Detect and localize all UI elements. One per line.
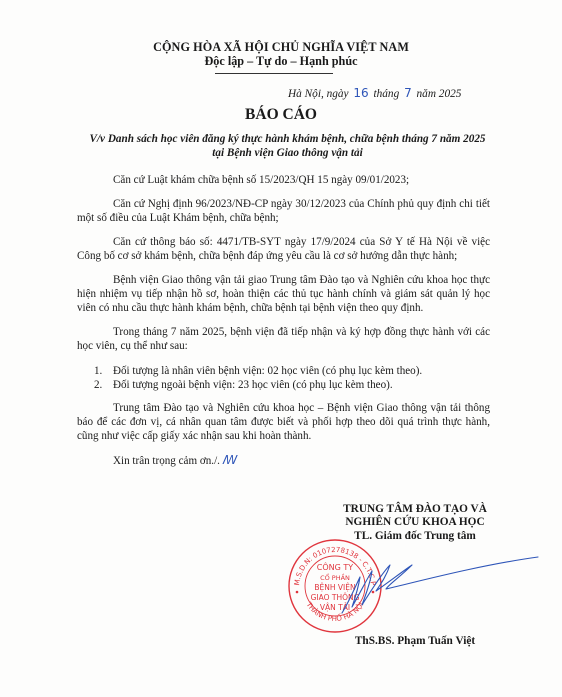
list-text: Đối tượng là nhân viên bệnh viện: 02 học… <box>113 364 422 378</box>
list-number: 2. <box>94 378 113 392</box>
dateline: Hà Nội, ngày 16 tháng 7 năm 2025 <box>288 86 461 100</box>
paragraph-legal-basis-3: Căn cứ thông báo số: 4471/TB-SYT ngày 17… <box>77 235 490 263</box>
student-category-list: 1. Đối tượng là nhân viên bệnh viện: 02 … <box>94 364 494 392</box>
paragraph-closing: Trung tâm Đào tạo và Nghiên cứu khoa học… <box>77 401 490 443</box>
motto-underline <box>215 73 333 74</box>
paragraph-assignment: Bệnh viện Giao thông vận tải giao Trung … <box>77 273 490 315</box>
dateline-prefix: Hà Nội, ngày <box>288 88 349 100</box>
paragraph-intake-summary: Trong tháng 7 năm 2025, bệnh viện đã tiế… <box>77 325 490 353</box>
handwritten-day: 16 <box>353 86 368 100</box>
national-motto: Độc lập – Tự do – Hạnh phúc <box>0 54 562 69</box>
list-text: Đối tượng ngoài bệnh viện: 23 học viên (… <box>113 378 393 392</box>
thanks-text: Xin trân trọng cảm ơn./. <box>113 455 220 467</box>
document-title: BÁO CÁO <box>0 106 562 124</box>
list-item: 2. Đối tượng ngoài bệnh viện: 23 học viê… <box>94 378 494 392</box>
signature-role: TL. Giám đốc Trung tâm <box>300 530 530 543</box>
dateline-year: năm 2025 <box>417 88 462 100</box>
list-number: 1. <box>94 364 113 378</box>
thanks-line: Xin trân trọng cảm ơn./.ꟿ <box>113 453 237 467</box>
handwritten-month: 7 <box>404 86 412 100</box>
dateline-month-label: tháng <box>374 88 400 100</box>
signer-name: ThS.BS. Phạm Tuấn Việt <box>300 635 530 648</box>
paragraph-legal-basis-1: Căn cứ Luật khám chữa bệnh số 15/2023/QH… <box>77 173 490 187</box>
national-title: CỘNG HÒA XÃ HỘI CHỦ NGHĨA VIỆT NAM <box>0 40 562 55</box>
document-subject: V/v Danh sách học viên đăng ký thực hành… <box>85 132 490 160</box>
list-item: 1. Đối tượng là nhân viên bệnh viện: 02 … <box>94 364 494 378</box>
handwritten-initials-icon: ꟿ <box>223 453 237 467</box>
signature-org-line-2: NGHIÊN CỨU KHOA HỌC <box>300 516 530 529</box>
handwritten-signature-icon <box>340 555 540 615</box>
paragraph-legal-basis-2: Căn cứ Nghị định 96/2023/NĐ-CP ngày 30/1… <box>77 197 490 225</box>
signature-org-line-1: TRUNG TÂM ĐÀO TẠO VÀ <box>300 503 530 516</box>
